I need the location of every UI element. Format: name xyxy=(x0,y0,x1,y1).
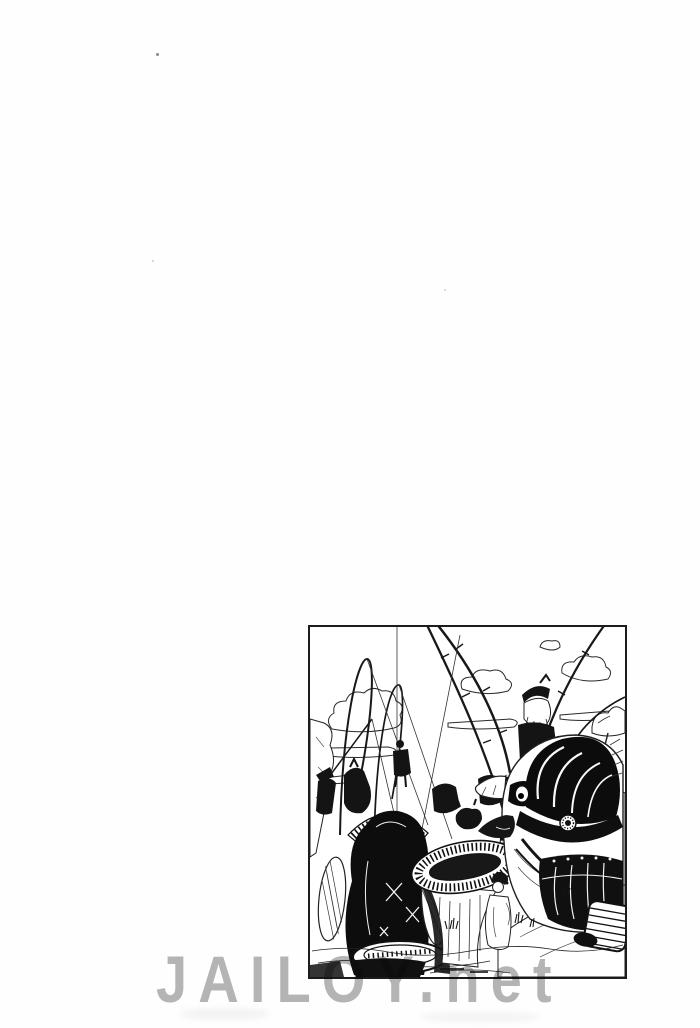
scan-speck xyxy=(156,53,159,56)
scan-speck xyxy=(444,289,446,291)
manga-panel xyxy=(308,625,627,979)
watermark-text: JAILOY.net xyxy=(156,946,563,1012)
panel-artwork xyxy=(310,627,625,977)
scanned-manga-page: JAILOY.net xyxy=(0,0,700,1028)
scan-speck xyxy=(152,260,154,262)
